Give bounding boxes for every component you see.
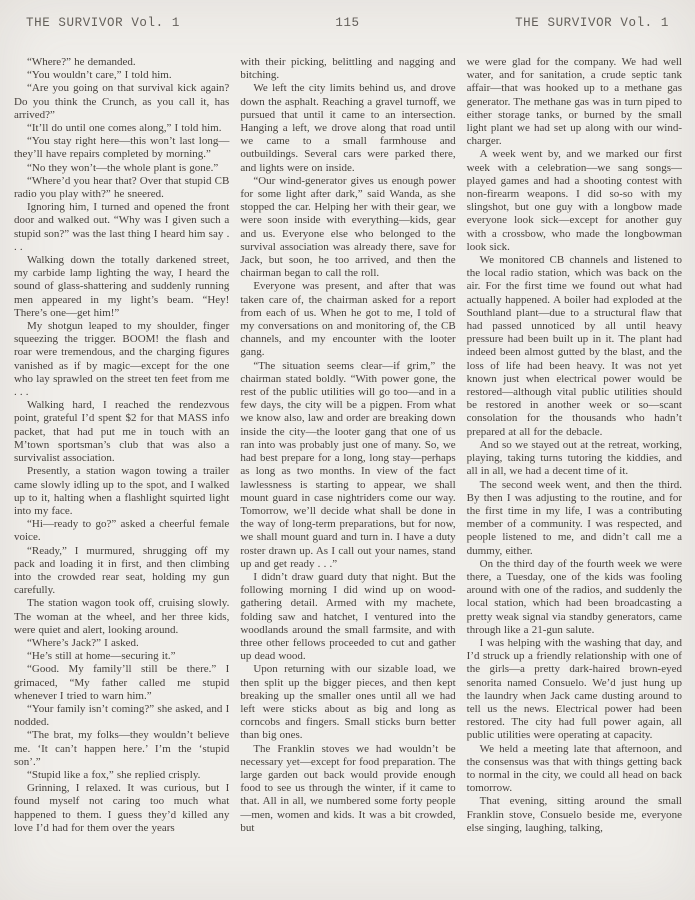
paragraph: we were glad for the company. We had wel…: [467, 56, 682, 148]
text-column-3: we were glad for the company. We had wel…: [467, 56, 682, 880]
paragraph: “He’s still at home—securing it.”: [14, 650, 229, 663]
text-columns: “Where?” he demanded.“You wouldn’t care,…: [14, 56, 682, 880]
running-header: THE SURVIVOR Vol. 1 115 THE SURVIVOR Vol…: [0, 16, 695, 30]
paragraph: “Where?” he demanded.: [14, 56, 229, 69]
header-title-right: THE SURVIVOR Vol. 1: [360, 16, 669, 30]
paragraph: “You stay right here—this won’t last lon…: [14, 135, 229, 161]
paragraph: My shotgun leaped to my shoulder, finger…: [14, 320, 229, 399]
paragraph: I didn’t draw guard duty that night. But…: [240, 571, 455, 663]
paragraph: “Are you going on that survival kick aga…: [14, 82, 229, 122]
header-title-left: THE SURVIVOR Vol. 1: [26, 16, 335, 30]
text-column-2: with their picking, belittling and naggi…: [240, 56, 455, 880]
paragraph: “You wouldn’t care,” I told him.: [14, 69, 229, 82]
paragraph: “Ready,” I murmured, shrugging off my pa…: [14, 545, 229, 598]
paragraph: I was helping with the washing that day,…: [467, 637, 682, 743]
paragraph: Everyone was present, and after that was…: [240, 280, 455, 359]
paragraph: with their picking, belittling and naggi…: [240, 56, 455, 82]
paragraph: “The brat, my folks—they wouldn’t believ…: [14, 729, 229, 769]
paragraph: “Hi—ready to go?” asked a cheerful femal…: [14, 518, 229, 544]
paragraph: The second week went, and then the third…: [467, 479, 682, 558]
paragraph: “Our wind-generator gives us enough powe…: [240, 175, 455, 281]
paragraph: We monitored CB channels and listened to…: [467, 254, 682, 439]
paragraph: “Your family isn’t coming?” she asked, a…: [14, 703, 229, 729]
paragraph: We held a meeting late that afternoon, a…: [467, 743, 682, 796]
paragraph: “Good. My family’ll still be there.” I g…: [14, 663, 229, 703]
paragraph: The Franklin stoves we had wouldn’t be n…: [240, 743, 455, 835]
paragraph: And so we stayed out at the retreat, wor…: [467, 439, 682, 479]
paragraph: That evening, sitting around the small F…: [467, 795, 682, 835]
paragraph: “The situation seems clear—if grim,” the…: [240, 360, 455, 571]
paragraph: Walking hard, I reached the rendezvous p…: [14, 399, 229, 465]
paragraph: “Where’s Jack?” I asked.: [14, 637, 229, 650]
paragraph: Grinning, I relaxed. It was curious, but…: [14, 782, 229, 835]
paragraph: The station wagon took off, cruising slo…: [14, 597, 229, 637]
paragraph: Ignoring him, I turned and opened the fr…: [14, 201, 229, 254]
paragraph: Upon returning with our sizable load, we…: [240, 663, 455, 742]
text-column-1: “Where?” he demanded.“You wouldn’t care,…: [14, 56, 229, 880]
paragraph: We left the city limits behind us, and d…: [240, 82, 455, 174]
paragraph: “Stupid like a fox,” she replied crisply…: [14, 769, 229, 782]
paragraph: A week went by, and we marked our first …: [467, 148, 682, 254]
paragraph: “Where’d you hear that? Over that stupid…: [14, 175, 229, 201]
paragraph: On the third day of the fourth week we w…: [467, 558, 682, 637]
scanned-book-page: THE SURVIVOR Vol. 1 115 THE SURVIVOR Vol…: [0, 0, 695, 900]
paragraph: “No they won’t—the whole plant is gone.”: [14, 162, 229, 175]
paragraph: “It’ll do until one comes along,” I told…: [14, 122, 229, 135]
paragraph: Presently, a station wagon towing a trai…: [14, 465, 229, 518]
paragraph: Walking down the totally darkened street…: [14, 254, 229, 320]
page-number: 115: [335, 16, 359, 30]
